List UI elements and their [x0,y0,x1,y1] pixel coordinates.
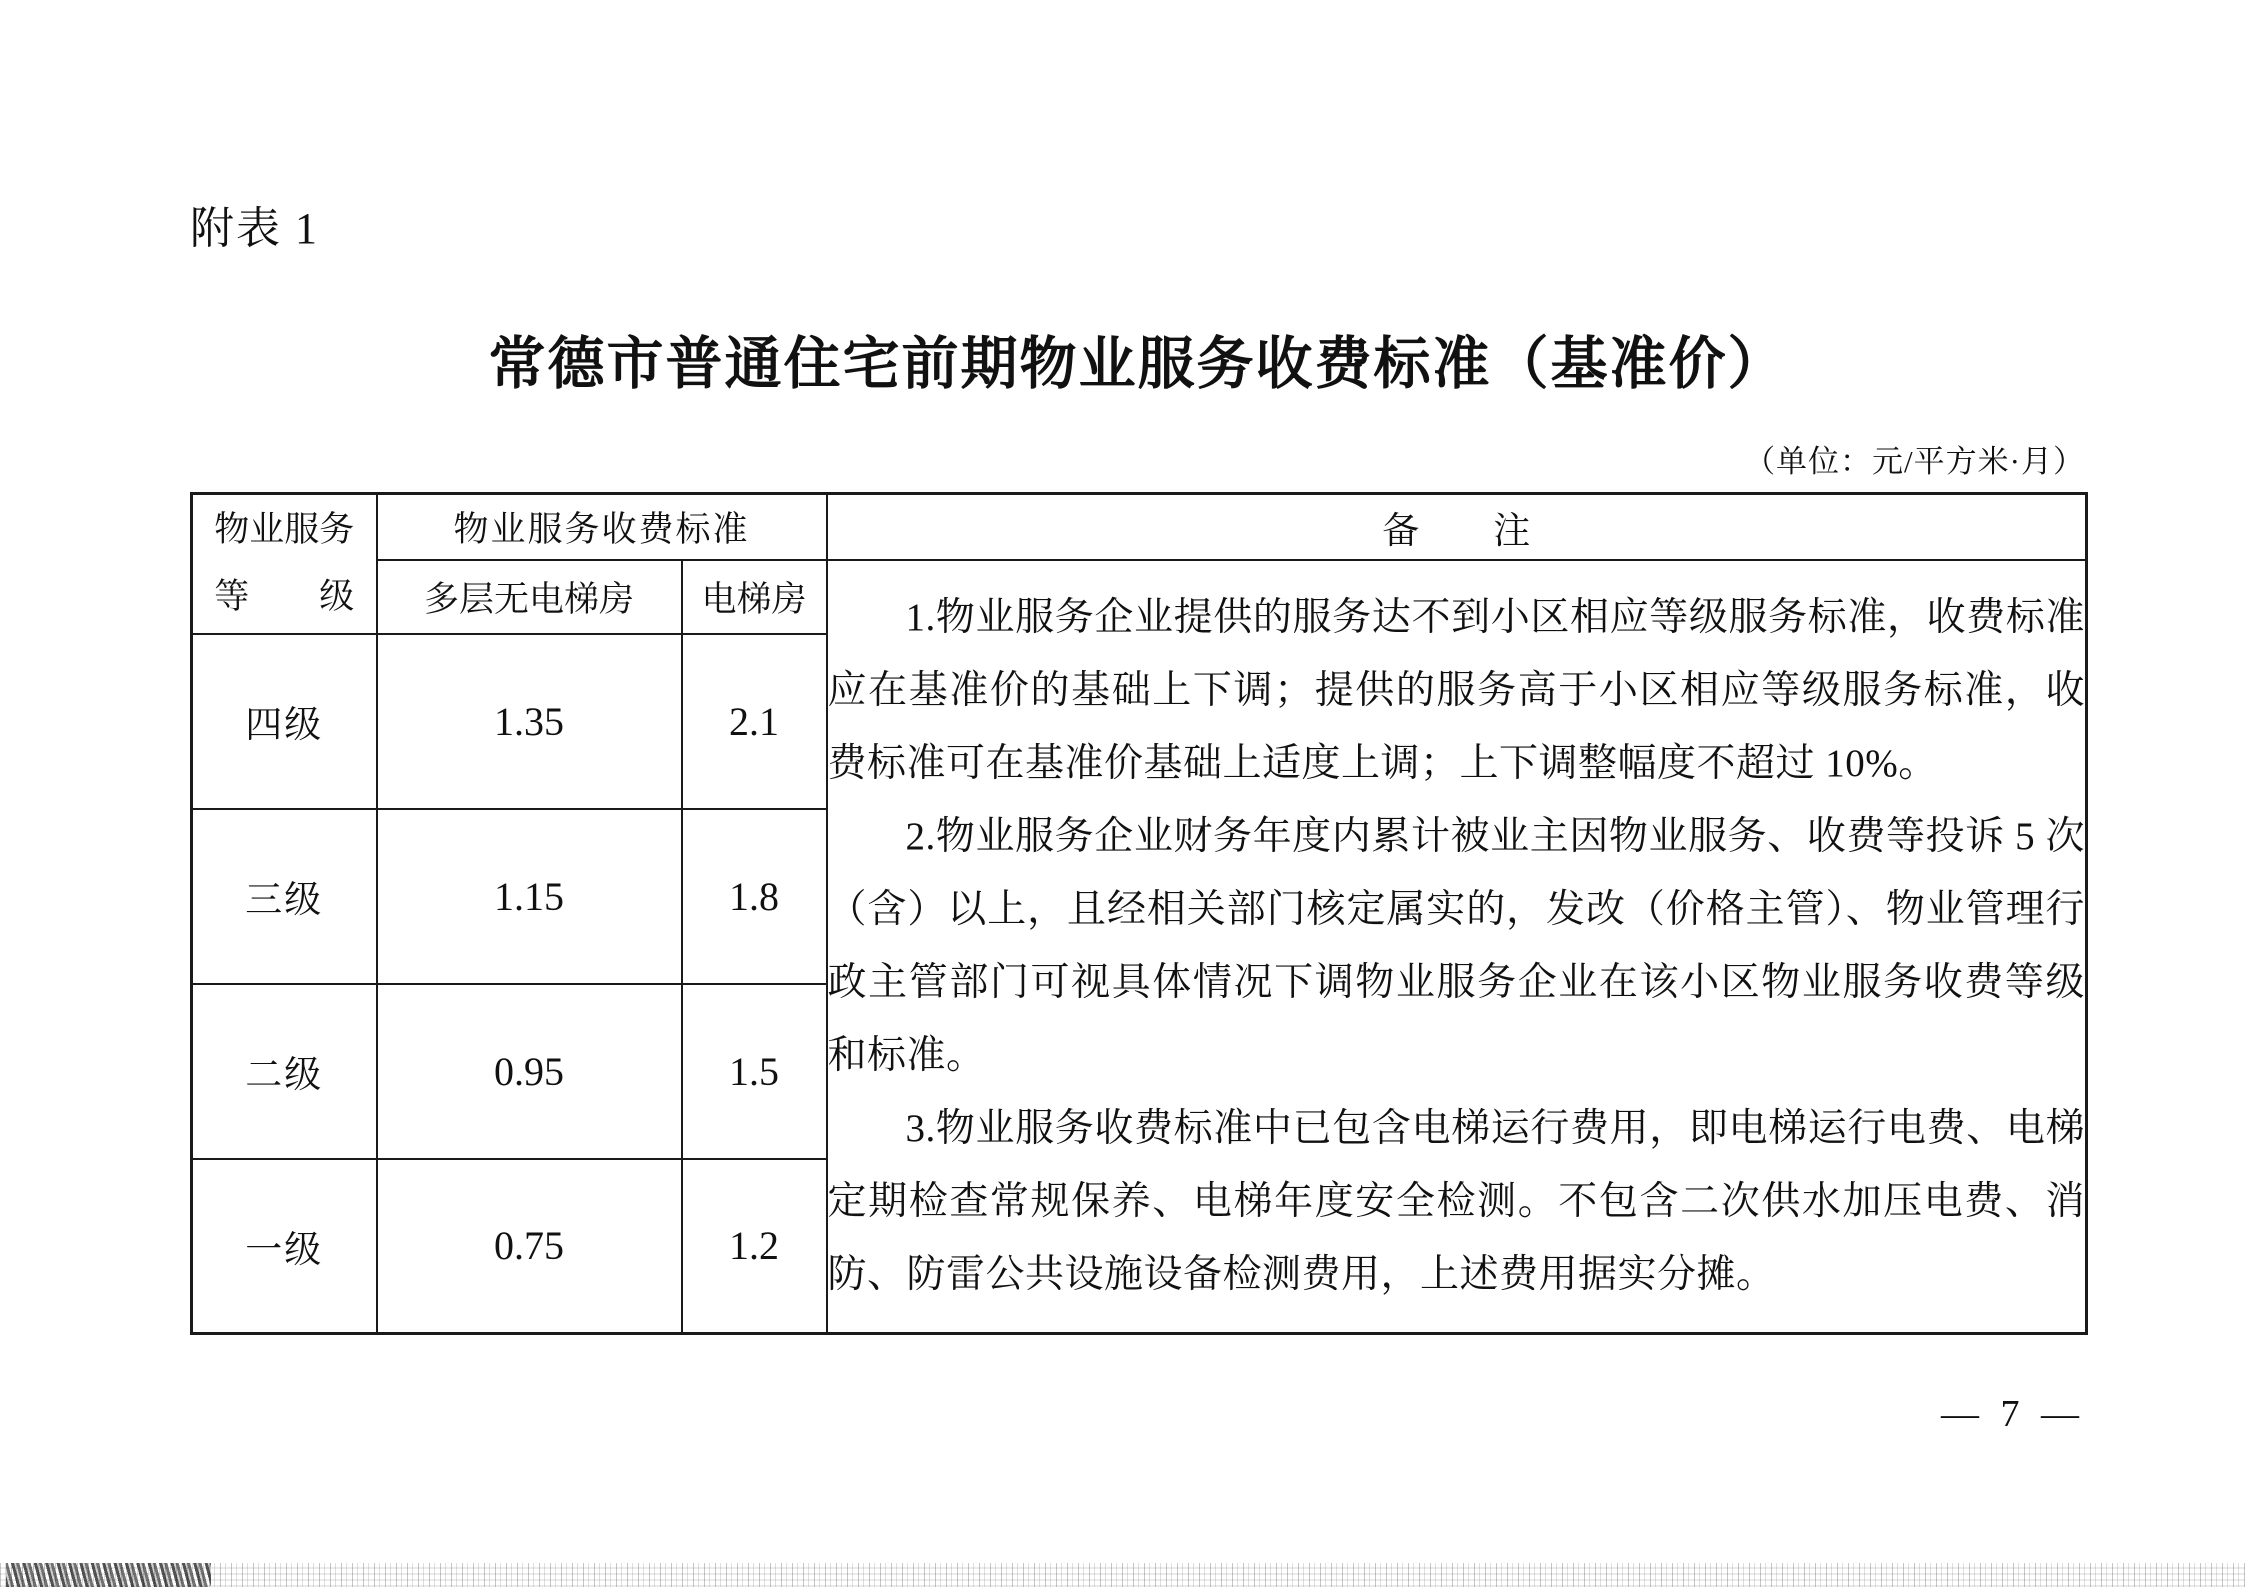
header-fee-standard: 物业服务收费标准 [377,494,827,560]
table-header-row-2: 多层无电梯房 电梯房 1.物业服务企业提供的服务达不到小区相应等级服务标准，收费… [192,560,2087,634]
fee-standard-table: 物业服务 等 级 物业服务收费标准 备 注 多层无电梯房 电梯房 1.物业服务企… [190,492,2088,1335]
walkup-value: 0.95 [377,984,682,1159]
scanned-document-page: 附表 1 常德市普通住宅前期物业服务收费标准（基准价） （单位：元/平方米·月）… [0,0,2245,1587]
header-service-level: 物业服务 等 级 [192,494,377,634]
attachment-label: 附表 1 [190,192,319,256]
unit-note: （单位：元/平方米·月） [190,436,2085,481]
header-service-level-line2: 等 级 [193,564,376,631]
elevator-value: 1.5 [682,984,827,1159]
remarks-cell: 1.物业服务企业提供的服务达不到小区相应等级服务标准，收费标准应在基准价的基础上… [827,560,2087,1334]
walkup-value: 1.15 [377,809,682,984]
header-service-level-line1: 物业服务 [193,497,376,564]
page-number: — 7 — [190,1392,2085,1436]
table-header-row-1: 物业服务 等 级 物业服务收费标准 备 注 [192,494,2087,560]
elevator-value: 2.1 [682,634,827,809]
header-walkup: 多层无电梯房 [377,560,682,634]
page-title: 常德市普通住宅前期物业服务收费标准（基准价） [190,318,2085,400]
walkup-value: 1.35 [377,634,682,809]
note-paragraph-3: 3.物业服务收费标准中已包含电梯运行费用，即电梯运行电费、电梯定期检查常规保养、… [828,1092,2086,1311]
note-paragraph-2: 2.物业服务企业财务年度内累计被业主因物业服务、收费等投诉 5 次（含）以上，且… [828,800,2086,1092]
header-remarks: 备 注 [827,494,2087,560]
scanner-noise-blob [6,1563,211,1587]
header-elevator: 电梯房 [682,560,827,634]
level-label: 三级 [192,809,377,984]
scanner-noise-band [0,1563,2245,1587]
walkup-value: 0.75 [377,1159,682,1334]
level-label: 一级 [192,1159,377,1334]
level-label: 四级 [192,634,377,809]
elevator-value: 1.2 [682,1159,827,1334]
level-label: 二级 [192,984,377,1159]
note-paragraph-1: 1.物业服务企业提供的服务达不到小区相应等级服务标准，收费标准应在基准价的基础上… [828,581,2086,800]
elevator-value: 1.8 [682,809,827,984]
